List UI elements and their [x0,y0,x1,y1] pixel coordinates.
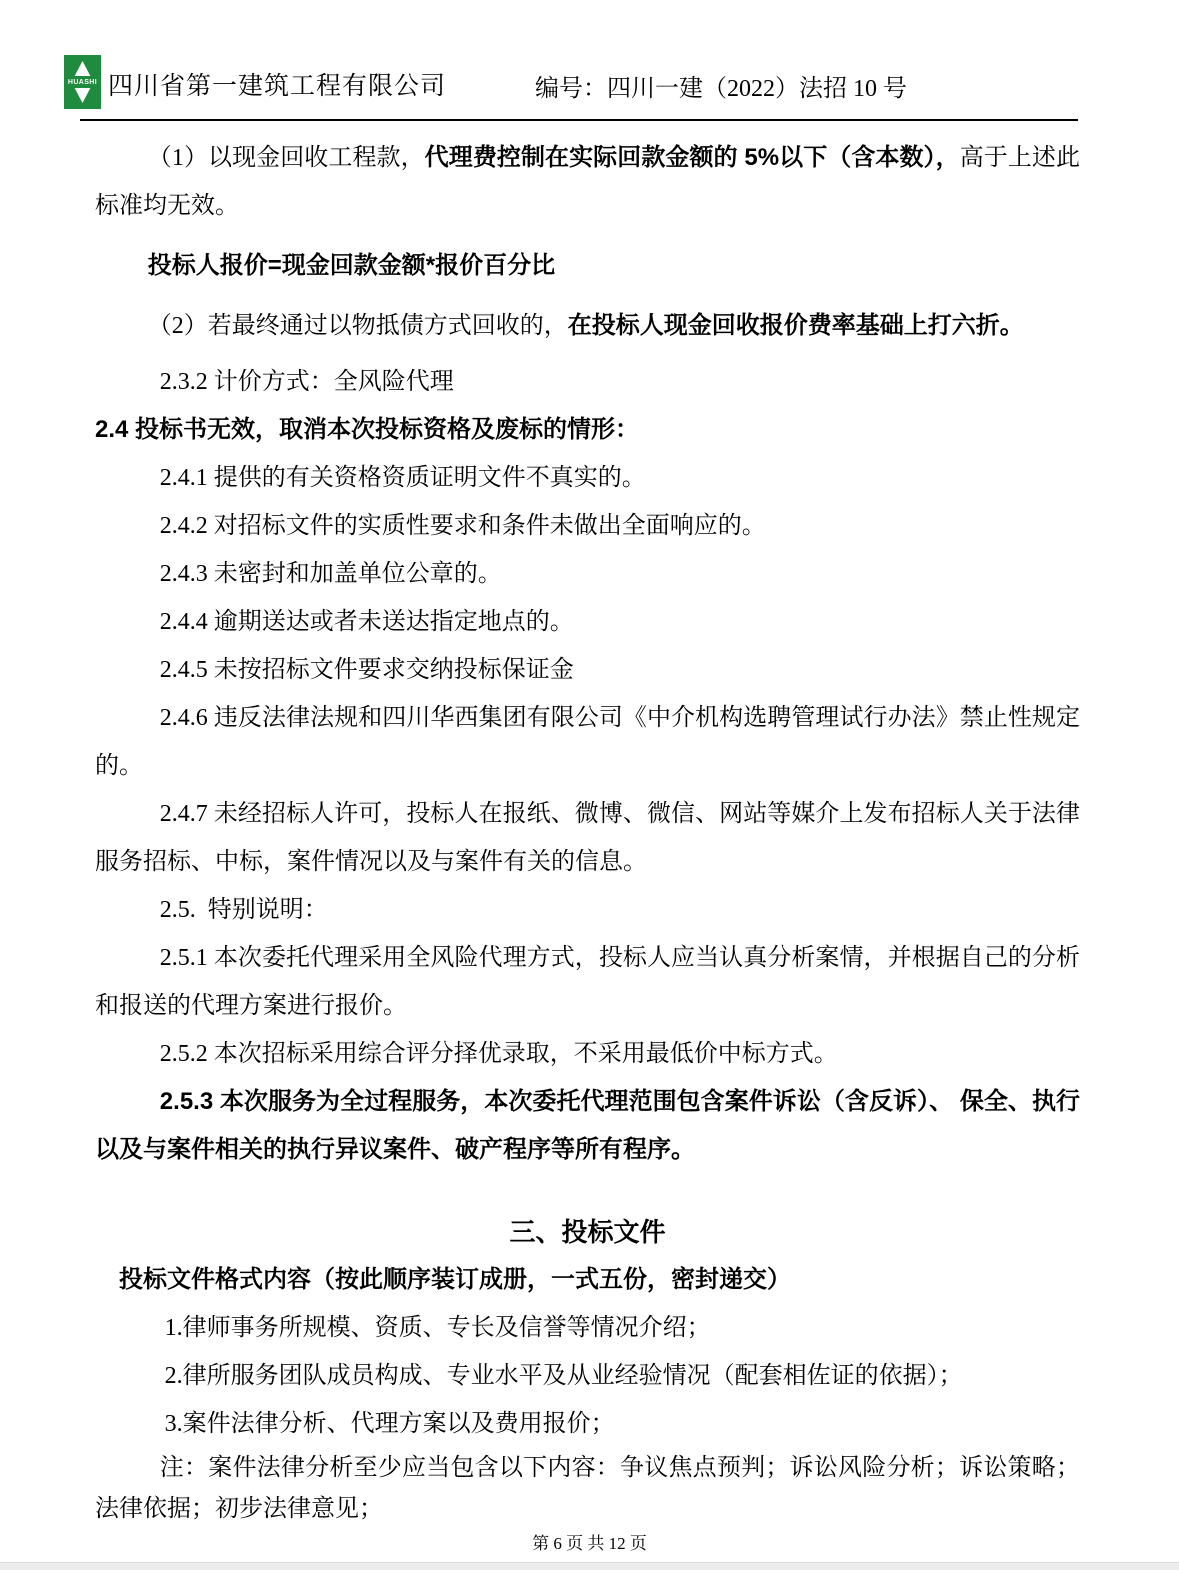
text-run: 2.4.1 提供的有关资格资质证明文件不真实的。 [160,465,646,491]
clause-2-3-2: 2.3.2 计价方式：全风险代理 [95,358,1080,406]
text-run-bold: 代理费控制在实际回款金额的 5%以下（含本数）， [425,144,960,171]
bid-doc-item-1: 1.律师事务所规模、资质、专长及信誉等情况介绍； [95,1304,1080,1352]
bid-doc-intro: 投标文件格式内容（按此顺序装订成册，一式五份，密封递交） [95,1256,1080,1304]
clause-debt-offset: （2）若最终通过以物抵债方式回收的，在投标人现金回收报价费率基础上打六折。 [95,302,1080,350]
section-heading: 三、投标文件 [95,1208,1080,1256]
clause-2-5-2: 2.5.2 本次招标采用综合评分择优录取，不采用最低价中标方式。 [95,1030,1080,1078]
page-bottom-edge [0,1562,1179,1570]
text-run: 2.3.2 计价方式：全风险代理 [160,369,454,395]
text-run: 2.5.1 本次委托代理采用全风险代理方式，投标人应当认真分析案情，并根据自己的… [95,945,1080,1019]
text-run-bold: 2.4 投标书无效，取消本次投标资格及废标的情形： [95,416,639,443]
clause-2-4-3: 2.4.3 未密封和加盖单位公章的。 [95,550,1080,598]
text-run: 2.4.3 未密封和加盖单位公章的。 [160,561,502,587]
text-run: 2.4.2 对招标文件的实质性要求和条件未做出全面响应的。 [160,513,766,539]
company-logo: HUASHI [64,55,101,109]
page-footer: 第 6 页 共 12 页 [0,1534,1179,1554]
document-body: （1）以现金回收工程款，代理费控制在实际回款金额的 5%以下（含本数），高于上述… [95,134,1080,1530]
clause-cash-recovery: （1）以现金回收工程款，代理费控制在实际回款金额的 5%以下（含本数），高于上述… [95,134,1080,230]
legal-analysis-note: 注：案件法律分析至少应当包含以下内容：争议焦点预判；诉讼风险分析；诉讼策略；法律… [95,1448,1080,1530]
text-run: 2.4.4 逾期送达或者未送达指定地点的。 [160,609,574,635]
text-run-bold: 2.5.3 本次服务为全过程服务，本次委托代理范围包含案件诉讼（含反诉）、 保全… [95,1088,1080,1163]
doc-number: 编号：四川一建（2022）法招 10 号 [535,68,907,103]
text-run: （2）若最终通过以物抵债方式回收的， [148,313,568,339]
clause-2-4: 2.4 投标书无效，取消本次投标资格及废标的情形： [95,406,1080,454]
page-number: 第 6 页 共 12 页 [532,1534,647,1553]
header-rule [80,119,1078,121]
clause-2-5-1: 2.5.1 本次委托代理采用全风险代理方式，投标人应当认真分析案情，并根据自己的… [95,934,1080,1030]
clause-2-4-5: 2.4.5 未按招标文件要求交纳投标保证金 [95,646,1080,694]
clause-2-5: 2.5. 特别说明： [95,886,1080,934]
clause-2-5-3: 2.5.3 本次服务为全过程服务，本次委托代理范围包含案件诉讼（含反诉）、 保全… [95,1078,1080,1174]
text-run: 2.4.6 违反法律法规和四川华西集团有限公司《中介机构选聘管理试行办法》禁止性… [95,705,1080,779]
text-run: 2.4.5 未按招标文件要求交纳投标保证金 [160,657,574,683]
bid-doc-item-2: 2.律所服务团队成员构成、专业水平及从业经验情况（配套相佐证的依据）； [95,1352,1080,1400]
text-run: 2.5.2 本次招标采用综合评分择优录取，不采用最低价中标方式。 [160,1041,838,1067]
text-run: （1）以现金回收工程款， [148,145,425,171]
clause-2-4-2: 2.4.2 对招标文件的实质性要求和条件未做出全面响应的。 [95,502,1080,550]
clause-2-4-7: 2.4.7 未经招标人许可，投标人在报纸、微博、微信、网站等媒介上发布招标人关于… [95,790,1080,886]
clause-2-4-6: 2.4.6 违反法律法规和四川华西集团有限公司《中介机构选聘管理试行办法》禁止性… [95,694,1080,790]
clause-2-4-1: 2.4.1 提供的有关资格资质证明文件不真实的。 [95,454,1080,502]
logo-band: HUASHI [64,76,101,88]
document-page: HUASHI 四川省第一建筑工程有限公司 编号：四川一建（2022）法招 10 … [0,0,1179,1570]
company-name: 四川省第一建筑工程有限公司 [108,66,446,102]
clause-2-4-4: 2.4.4 逾期送达或者未送达指定地点的。 [95,598,1080,646]
bid-doc-item-3: 3.案件法律分析、代理方案以及费用报价； [95,1400,1080,1448]
text-run: 2.4.7 未经招标人许可，投标人在报纸、微博、微信、网站等媒介上发布招标人关于… [95,801,1080,875]
logo-text: HUASHI [68,79,97,86]
text-run: 2.5. 特别说明： [160,897,328,923]
bid-price-formula: 投标人报价=现金回款金额*报价百分比 [95,242,1080,290]
text-run-bold: 投标人报价=现金回款金额*报价百分比 [148,252,555,279]
text-run-bold: 在投标人现金回收报价费率基础上打六折。 [568,312,1024,339]
